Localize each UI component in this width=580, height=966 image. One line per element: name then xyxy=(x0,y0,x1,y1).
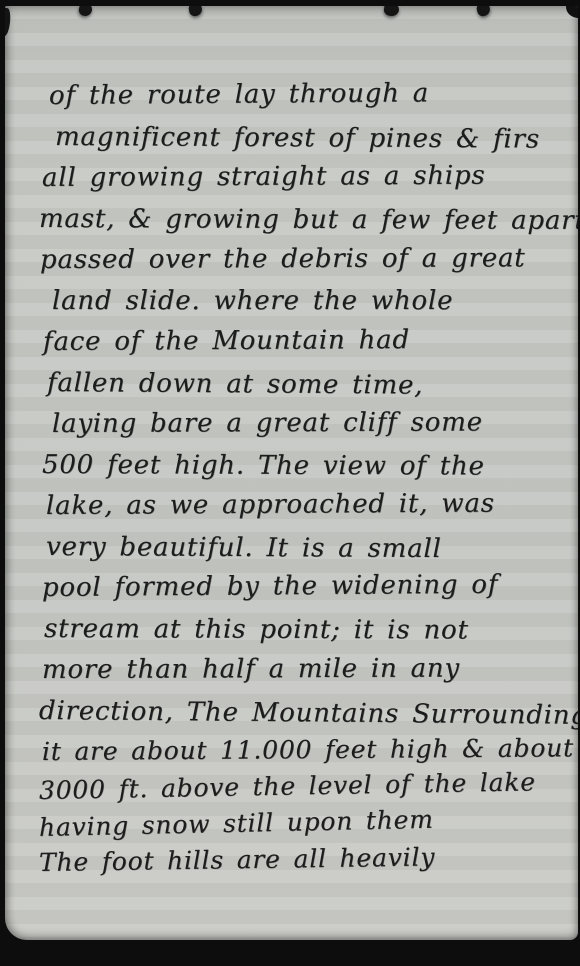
binding-stitch-icon xyxy=(476,6,492,17)
handwriting-line: laying bare a great cliff some xyxy=(52,402,572,445)
handwriting-line: more than half a mile in any xyxy=(42,648,572,691)
scanned-page: of the route lay through a magnificent f… xyxy=(0,0,580,966)
page-corner-shadow xyxy=(566,6,578,18)
binding-stitch-icon xyxy=(383,6,400,17)
binding-stitch-icon xyxy=(78,6,94,17)
handwriting-line: fallen down at some time, xyxy=(47,363,572,408)
handwriting-line: magnificent forest of pines & firs xyxy=(55,117,572,161)
handwriting-line: pool formed by the widening of xyxy=(42,564,572,609)
handwriting-line: lake, as we approached it, was xyxy=(46,483,572,527)
binding-stitch-icon xyxy=(188,6,203,17)
handwriting-line: face of the Mountain had xyxy=(43,319,572,363)
handwriting-line: of the route lay through a xyxy=(49,72,572,117)
journal-page: of the route lay through a magnificent f… xyxy=(5,6,578,940)
handwriting-line: mast, & growing but a few feet apart. xyxy=(39,199,572,242)
page-edge-mark xyxy=(5,8,11,37)
handwriting-text: of the route lay through a magnificent f… xyxy=(5,76,578,880)
handwriting-line: passed over the debris of a great xyxy=(40,238,572,281)
handwriting-line: 500 feet high. The view of the xyxy=(42,445,572,488)
handwriting-line: land slide. where the whole xyxy=(52,281,572,322)
handwriting-line: all growing straight as a ships xyxy=(42,155,572,199)
handwriting-line: The foot hills are all heavily xyxy=(39,838,572,880)
handwriting-line: stream at this point; it is not xyxy=(44,609,572,652)
